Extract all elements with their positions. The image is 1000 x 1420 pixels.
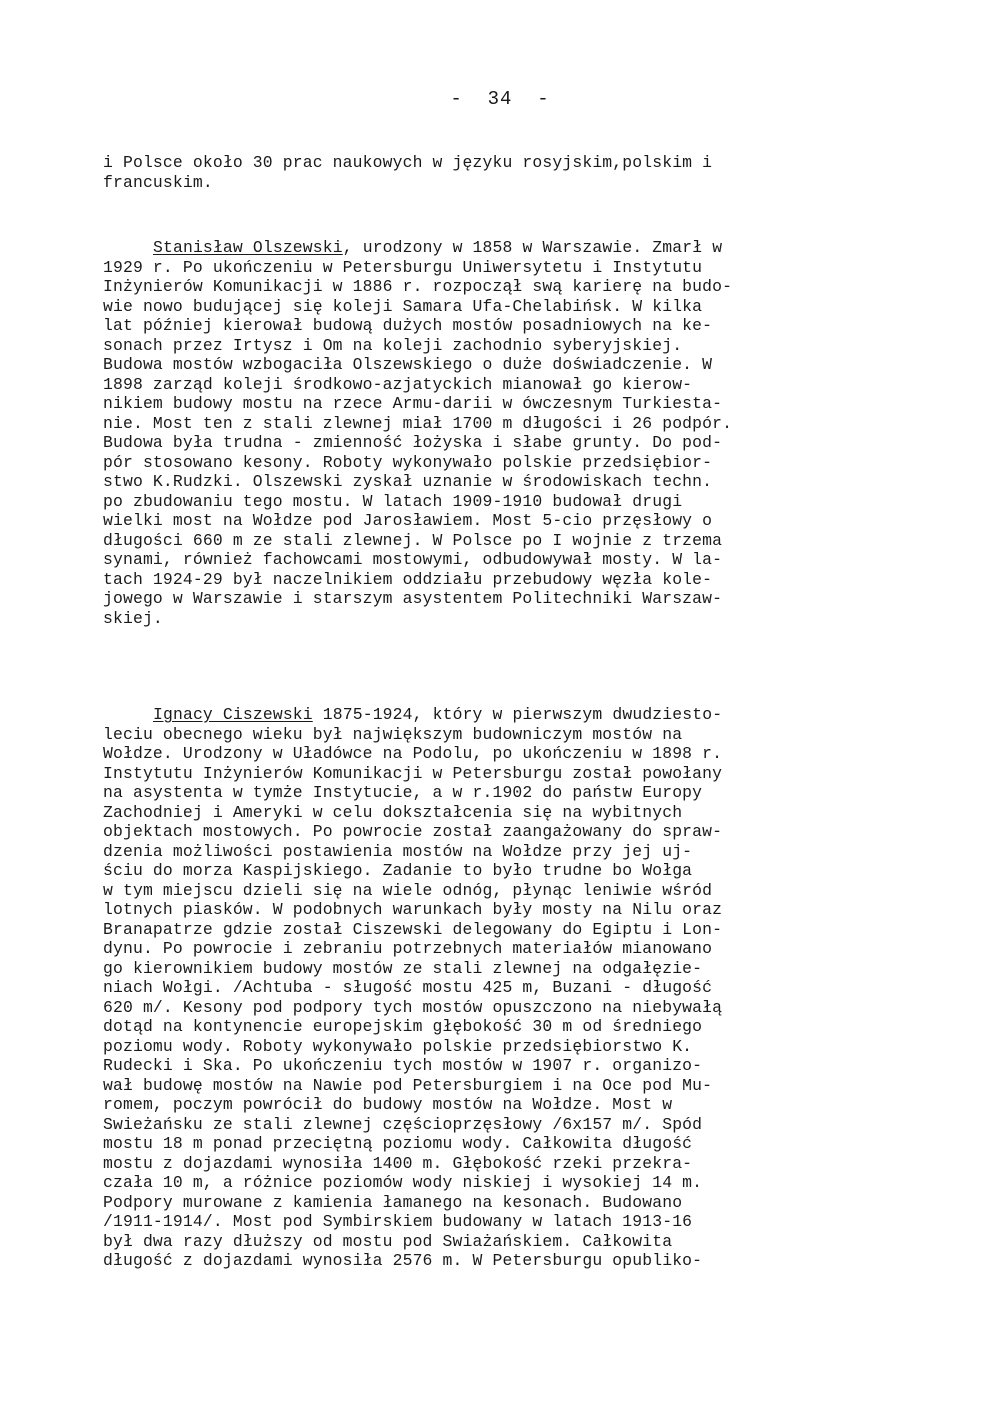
paragraph-continuation: i Polsce około 30 prac naukowych w język… [103, 153, 923, 192]
text-line: romem, poczym powrócił do budowy mostów … [103, 1095, 923, 1115]
text-line: i Polsce około 30 prac naukowych w język… [103, 153, 923, 173]
text-line: po zbudowaniu tego mostu. W latach 1909-… [103, 492, 923, 512]
document-page: - 34 - i Polsce około 30 prac naukowych … [0, 0, 1000, 1420]
text-line: ściu do morza Kaspijskiego. Zadanie to b… [103, 861, 923, 881]
paragraph-olszewski: Stanisław Olszewski, urodzony w 1858 w W… [103, 238, 923, 628]
text-line: skiej. [103, 609, 923, 629]
text-line: francuskim. [103, 173, 923, 193]
text-line: dynu. Po powrocie i zebraniu potrzebnych… [103, 939, 923, 959]
text-line: mostu 18 m ponad przeciętną poziomu wody… [103, 1134, 923, 1154]
text-line: wie nowo budującej się koleji Samara Ufa… [103, 297, 923, 317]
text-line: Podpory murowane z kamienia łamanego na … [103, 1193, 923, 1213]
text-line: Rudecki i Ska. Po ukończeniu tych mostów… [103, 1056, 923, 1076]
text-line: mostu z dojazdami wynosiła 1400 m. Głębo… [103, 1154, 923, 1174]
text-line: był dwa razy dłuższy od mostu pod Swiaża… [103, 1232, 923, 1252]
text-line: 620 m/. Kesony pod podpory tych mostów o… [103, 998, 923, 1018]
paragraph-lines: leciu obecnego wieku był największym bud… [103, 725, 923, 1271]
text-line: Branapatrze gdzie został Ciszewski deleg… [103, 920, 923, 940]
text-line: pór stosowano kesony. Roboty wykonywało … [103, 453, 923, 473]
text-line: /1911-1914/. Most pod Symbirskiem budowa… [103, 1212, 923, 1232]
text-line: Zachodniej i Ameryki w celu dokształceni… [103, 803, 923, 823]
text-line: 1898 zarząd koleji środkowo-azjatyckich … [103, 375, 923, 395]
paragraph-lead-line: Ignacy Ciszewski 1875-1924, który w pier… [103, 705, 923, 725]
paragraph-lines: 1929 r. Po ukończeniu w Petersburgu Uniw… [103, 258, 923, 629]
text-line: nie. Most ten z stali zlewnej miał 1700 … [103, 414, 923, 434]
text-line: dzenia możliwości postawienia mostów na … [103, 842, 923, 862]
lead-text: 1875-1924, który w pierwszym dwudziesto- [313, 705, 722, 724]
paragraph-ciszewski: Ignacy Ciszewski 1875-1924, który w pier… [103, 705, 923, 1271]
text-line: długość z dojazdami wynosiła 2576 m. W P… [103, 1251, 923, 1271]
text-line: Wołdze. Urodzony w Uładówce na Podolu, p… [103, 744, 923, 764]
person-name-olszewski: Stanisław Olszewski [153, 238, 343, 257]
text-line: tach 1924-29 był naczelnikiem oddziału p… [103, 570, 923, 590]
text-line: 1929 r. Po ukończeniu w Petersburgu Uniw… [103, 258, 923, 278]
text-line: długości 660 m ze stali zlewnej. W Polsc… [103, 531, 923, 551]
person-name-ciszewski: Ignacy Ciszewski [153, 705, 313, 724]
text-line: nikiem budowy mostu na rzece Armu-darii … [103, 394, 923, 414]
text-line: Budowa była trudna - zmienność łożyska i… [103, 433, 923, 453]
text-line: objektach mostowych. Po powrocie został … [103, 822, 923, 842]
text-line: Budowa mostów wzbogaciła Olszewskiego o … [103, 355, 923, 375]
paragraph-lead-line: Stanisław Olszewski, urodzony w 1858 w W… [103, 238, 923, 258]
text-line: go kierownikiem budowy mostów ze stali z… [103, 959, 923, 979]
text-line: wał budowę mostów na Nawie pod Petersbur… [103, 1076, 923, 1096]
text-line: Instytutu Inżynierów Komunikacji w Peter… [103, 764, 923, 784]
text-line: leciu obecnego wieku był największym bud… [103, 725, 923, 745]
text-line: lotnych piasków. W podobnych warunkach b… [103, 900, 923, 920]
text-line: lat później kierował budową dużych mostó… [103, 316, 923, 336]
text-line: sonach przez Irtysz i Om na koleji zacho… [103, 336, 923, 356]
text-line: w tym miejscu dzieli się na wiele odnóg,… [103, 881, 923, 901]
text-line: stwo K.Rudzki. Olszewski zyskał uznanie … [103, 472, 923, 492]
lead-text: , urodzony w 1858 w Warszawie. Zmarł w [343, 238, 722, 257]
text-line: Inżynierów Komunikacji w 1886 r. rozpocz… [103, 277, 923, 297]
text-line: dotąd na kontynencie europejskim głęboko… [103, 1017, 923, 1037]
text-line: na asystenta w tymże Instytucie, a w r.1… [103, 783, 923, 803]
text-line: niach Wołgi. /Achtuba - sługość mostu 42… [103, 978, 923, 998]
text-line: czała 10 m, a różnice poziomów wody nisk… [103, 1173, 923, 1193]
text-line: Swieżańsku ze stali zlewnej częścioprzęs… [103, 1115, 923, 1135]
text-line: jowego w Warszawie i starszym asystentem… [103, 589, 923, 609]
text-line: synami, również fachowcami mostowymi, od… [103, 550, 923, 570]
text-line: wielki most na Wołdze pod Jarosławiem. M… [103, 511, 923, 531]
text-line: poziomu wody. Roboty wykonywało polskie … [103, 1037, 923, 1057]
page-number: - 34 - [0, 88, 1000, 110]
